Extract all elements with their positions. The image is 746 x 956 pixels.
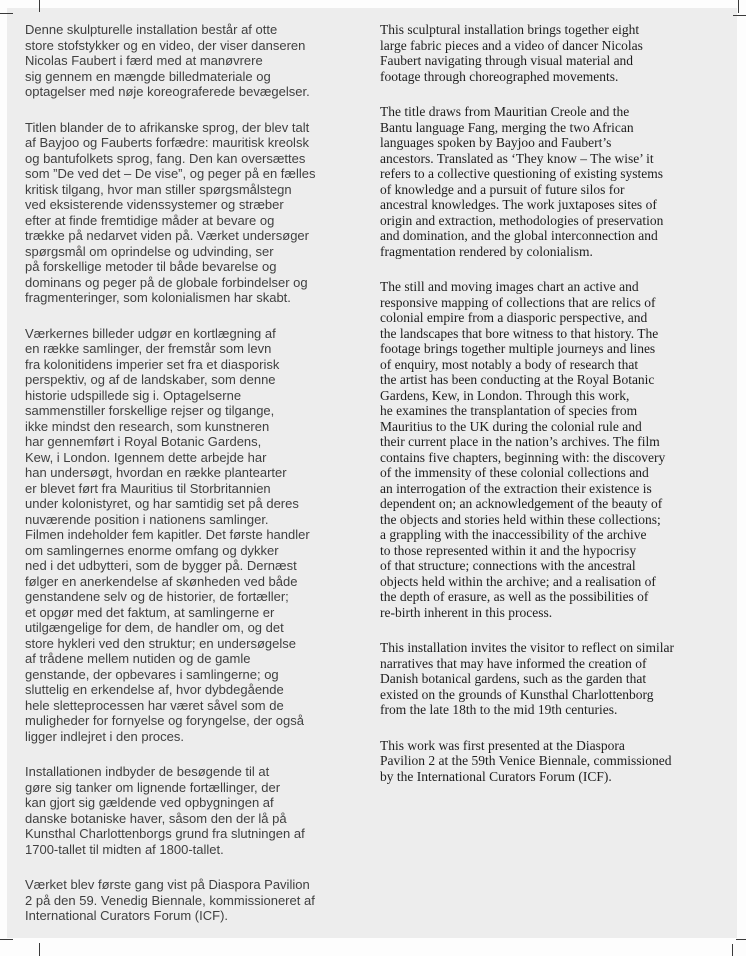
danish-paragraph-credits: Værket blev første gang vist på Diaspora… <box>25 877 375 924</box>
danish-paragraph-title: Titlen blander de to afrikanske sprog, d… <box>25 120 375 306</box>
crop-mark-bottom-left-horizontal <box>0 939 13 940</box>
danish-text-column: Denne skulpturelle installation består a… <box>25 22 375 944</box>
danish-paragraph-intro: Denne skulpturelle installation består a… <box>25 22 375 100</box>
english-paragraph-intro: This sculptural installation brings toge… <box>380 22 740 84</box>
crop-mark-top-left-vertical <box>39 0 40 12</box>
crop-mark-bottom-right-vertical <box>732 944 733 956</box>
crop-mark-top-right-vertical <box>738 0 739 13</box>
crop-mark-bottom-right-horizontal <box>736 939 746 940</box>
crop-mark-top-right-horizontal <box>733 15 746 16</box>
english-paragraph-title: The title draws from Mauritian Creole an… <box>380 104 740 259</box>
english-text-column: This sculptural installation brings toge… <box>380 22 740 804</box>
english-paragraph-collections: The still and moving images chart an act… <box>380 279 740 620</box>
page-background: Denne skulpturelle installation består a… <box>0 0 746 956</box>
danish-paragraph-invitation: Installationen indbyder de besøgende til… <box>25 764 375 857</box>
english-paragraph-credits: This work was first presented at the Dia… <box>380 738 740 785</box>
danish-paragraph-collections: Værkernes billeder udgør en kortlægning … <box>25 326 375 745</box>
crop-mark-bottom-left-vertical <box>39 943 40 956</box>
crop-mark-top-left-horizontal <box>0 13 13 14</box>
english-paragraph-invitation: This installation invites the visitor to… <box>380 640 740 718</box>
